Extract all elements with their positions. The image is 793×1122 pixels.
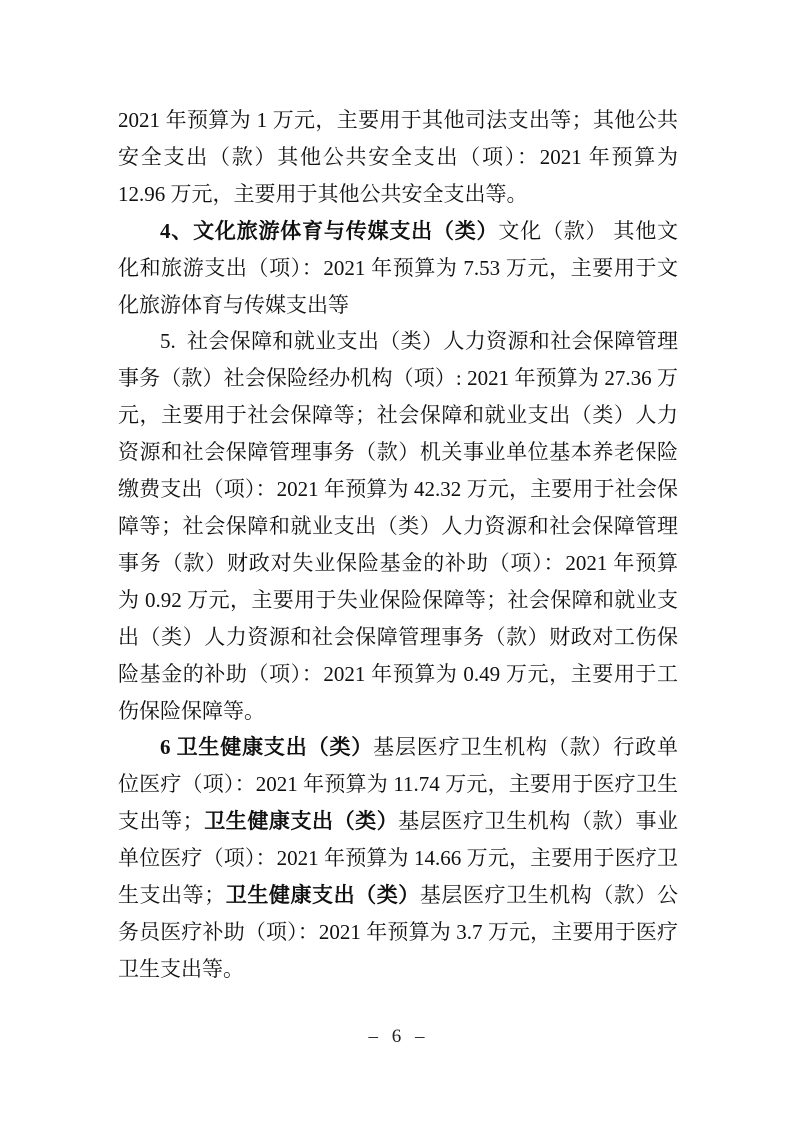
section-label-health-2: 卫生健康支出（类） bbox=[204, 809, 399, 833]
page-footer: – 6 – bbox=[0, 1026, 793, 1048]
text-run: 2021 年预算为 1 万元，主要用于其他司法支出等；其他公共安全支出（款）其他… bbox=[118, 108, 678, 206]
paragraph-social-security-employment: 5. 社会保障和就业支出（类）人力资源和社会保障管理事务（款）社会保险经办机构（… bbox=[118, 323, 678, 729]
paragraph-public-safety-continuation: 2021 年预算为 1 万元，主要用于其他司法支出等；其他公共安全支出（款）其他… bbox=[118, 102, 678, 213]
document-body: 2021 年预算为 1 万元，主要用于其他司法支出等；其他公共安全支出（款）其他… bbox=[118, 102, 678, 988]
page-number: – 6 – bbox=[369, 1026, 425, 1047]
section-label-culture: 4、文化旅游体育与传媒支出（类） bbox=[160, 219, 498, 243]
section-label-health-1: 6 卫生健康支出（类） bbox=[160, 735, 373, 759]
paragraph-health: 6 卫生健康支出（类）基层医疗卫生机构（款）行政单位医疗（项）：2021 年预算… bbox=[118, 729, 678, 987]
text-run: 5. 社会保障和就业支出（类）人力资源和社会保障管理事务（款）社会保险经办机构（… bbox=[118, 329, 678, 722]
section-label-health-3: 卫生健康支出（类） bbox=[225, 883, 420, 907]
paragraph-culture-tourism-sports-media: 4、文化旅游体育与传媒支出（类）文化（款） 其他文化和旅游支出（项）：2021 … bbox=[118, 213, 678, 324]
document-page: 2021 年预算为 1 万元，主要用于其他司法支出等；其他公共安全支出（款）其他… bbox=[0, 0, 793, 1122]
